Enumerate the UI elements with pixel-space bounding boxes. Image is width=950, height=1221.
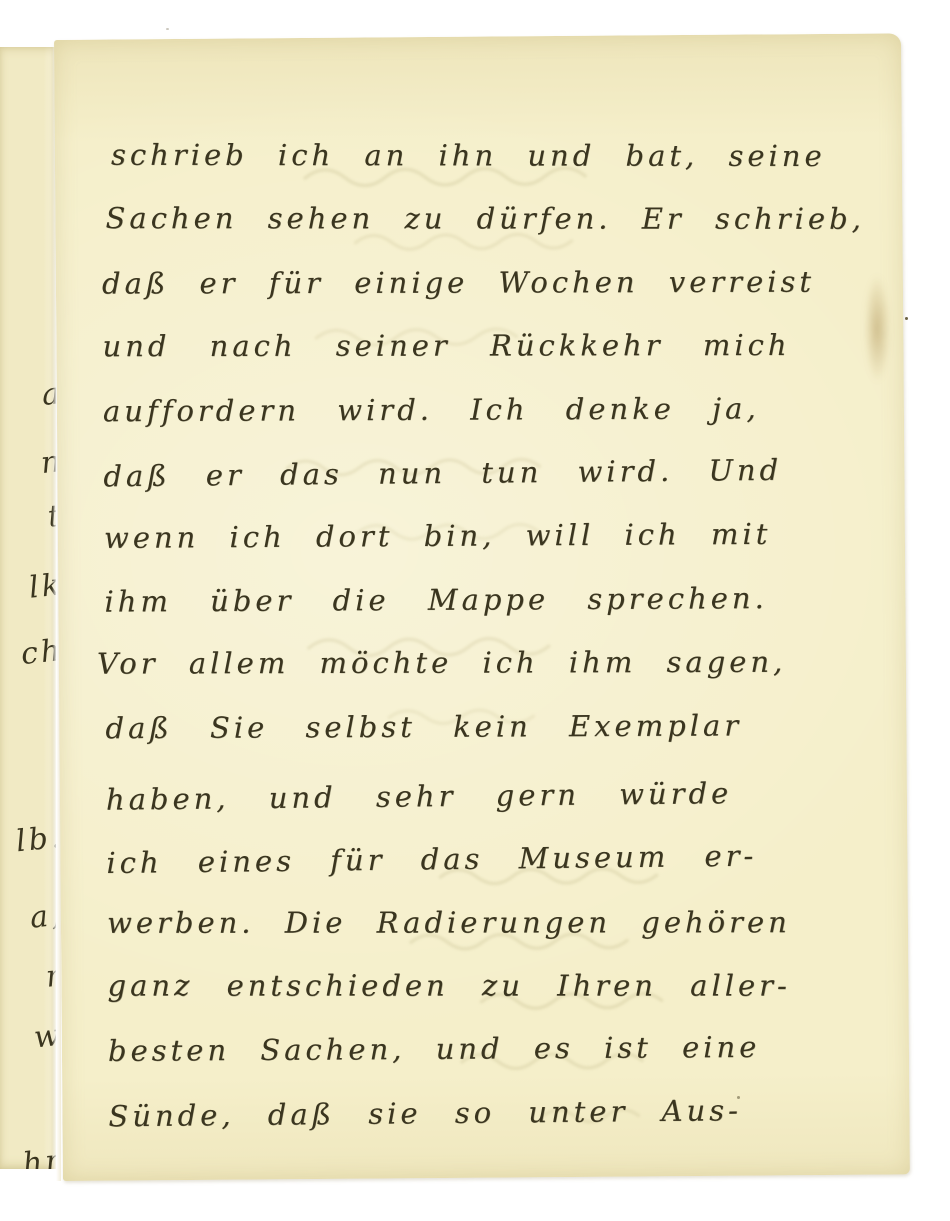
- handwritten-line: werben. Die Radierungen gehören: [107, 905, 902, 969]
- handwritten-line: Sünde, daß sie so unter Aus-: [108, 1092, 904, 1163]
- dust-speck: [905, 317, 908, 320]
- letter-page: schrieb ich an ihn und bat, seineSachen …: [54, 33, 910, 1181]
- handwritten-line: ganz entschieden zu Ihren aller-: [108, 969, 903, 1032]
- handwritten-line: auffordern wird. Ich denke ja,: [103, 390, 898, 457]
- handwritten-line: und nach seiner Rückkehr mich: [102, 328, 897, 393]
- handwritten-line: schrieb ich an ihn und bat, seine: [111, 138, 896, 203]
- handwritten-line: besten Sachen, und es ist eine: [108, 1030, 903, 1098]
- handwritten-line: ihm über die Mappe sprechen.: [104, 580, 899, 648]
- word-fragment: ch: [19, 633, 56, 672]
- scanned-letter: antlkchlb.a,rwhr schrieb ich an ihn und …: [0, 0, 950, 1221]
- handwritten-line: wenn ich dort bin, will ich mit: [104, 516, 899, 584]
- handwritten-line: daß Sie selbst kein Exemplar: [105, 707, 900, 774]
- handwritten-line: ich eines für das Museum er-: [106, 837, 902, 909]
- word-fragment: hr: [22, 1143, 56, 1169]
- handwritten-line: daß er für einige Wochen verreist: [102, 264, 897, 329]
- adjacent-page-edge: antlkchlb.a,rwhr: [0, 47, 56, 1169]
- handwritten-line: Sachen sehen zu dürfen. Er schrieb,: [106, 202, 897, 266]
- word-fragment: lb.: [14, 820, 56, 860]
- handwritten-line: daß er das nun tun wird. Und: [103, 452, 899, 523]
- handwritten-line: Vor allem möchte ich ihm sagen,: [97, 645, 900, 710]
- dust-speck: [166, 28, 169, 30]
- handwritten-line: haben, und sehr gern würde: [106, 774, 902, 846]
- handwritten-text: schrieb ich an ihn und bat, seineSachen …: [101, 135, 904, 1161]
- dust-speck: [737, 1096, 740, 1099]
